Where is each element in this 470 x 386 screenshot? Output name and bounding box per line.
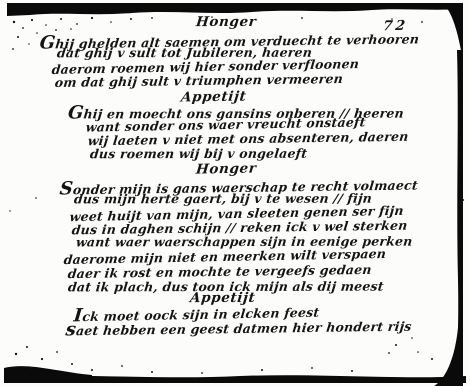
manuscript-line: dus roemen wij bij v ongelaeft: [89, 148, 307, 161]
manuscript-line: om dat ghij sult v triumphen vermeeren: [54, 73, 344, 90]
section-heading-appetijt-1: Appetijt: [180, 91, 247, 105]
manuscript-scan-page: 72 Honger Ghij ghelden alt saemen om ver…: [0, 0, 470, 386]
section-heading-honger-1: Honger: [195, 16, 257, 30]
section-heading-honger-2: Honger: [195, 162, 257, 177]
manuscript-line: saet hebben een geest datmen hier honder…: [65, 317, 413, 340]
